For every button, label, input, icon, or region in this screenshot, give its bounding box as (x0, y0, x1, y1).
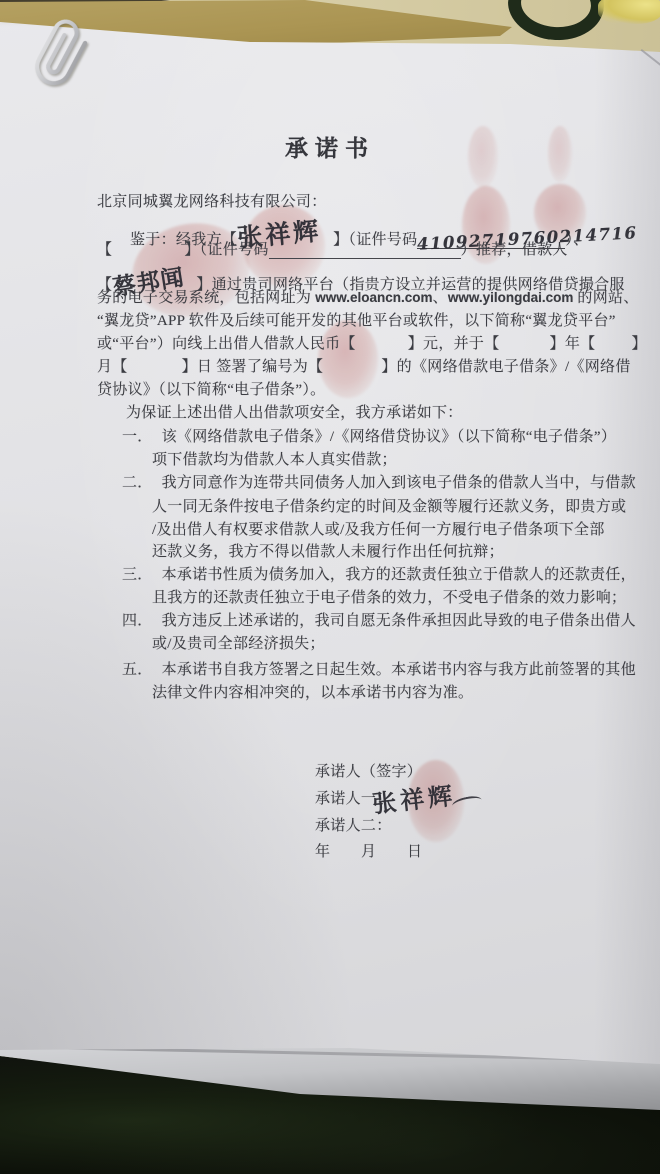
intro-line-urls: 务的电子交易系统，包括网址为 www.eloancn.com、www.yilon… (97, 286, 639, 307)
platform-url-yilongdai: www.yilongdai.com (448, 290, 574, 305)
intro-l5-b: 、 (433, 290, 448, 306)
pledge-intro-line: 为保证上述出借人出借款项安全，我方承诺如下： (126, 401, 463, 422)
clause-4-number: 四． (122, 613, 153, 629)
clause-3-text-1: 本承诺书性质为债务加入，我方的还款责任独立于借款人的还款责任， (162, 567, 636, 583)
signature-heading: 承诺人（签字） (315, 760, 422, 781)
clause-3-text-2: 且我方的还款责任独立于电子借条的效力，不受电子借条的效力影响； (152, 590, 626, 606)
intro-l7-d: 】 (631, 336, 646, 352)
intro-l5-c: 的网站、 (573, 290, 638, 306)
clause-2-text-2: 人一同无条件按电子借条约定的时间及金额等履行还款义务，即贵方或 (152, 499, 626, 515)
clause-4-text-2: 或/及贵司全部经济损失； (152, 636, 325, 652)
intro-line-guarantor2: 【】（证件号码）推荐，借款人 (97, 238, 568, 259)
pledge-intro-text: 为保证上述出借人出借款项安全，我方承诺如下： (126, 405, 463, 421)
clause-2-line-1: 二．我方同意作为连带共同债务人加入到该电子借条的借款人当中，与借款 (122, 471, 636, 492)
intro-line-end: 贷协议》（以下简称“电子借条”）。 (97, 378, 325, 399)
intro-l6-text: “翼龙贷”APP 软件及后续可能开发的其他平台或软件，以下简称“翼龙贷平台” (97, 313, 616, 329)
intro-l3-end: ）推荐，借款人 (461, 242, 568, 258)
clause-1-text-2: 项下借款均为借款人本人真实借款； (152, 452, 397, 468)
signature-heading-text: 承诺人（签字） (315, 764, 422, 780)
clause-2-line-3: /及出借人有权要求借款人或/及我方任何一方履行电子借条项下全部 (152, 518, 605, 539)
intro-l8-c: 】的《网络借款电子借条》/《网络借 (381, 359, 630, 375)
signature-line-2-label: 承诺人二： (315, 818, 392, 834)
clause-3-number: 三． (122, 567, 153, 583)
clause-1-number: 一． (122, 429, 153, 445)
dark-cable (506, 0, 607, 43)
clause-2-text-4: 还款义务，我方不得以借款人未履行作出任何抗辩； (152, 544, 504, 560)
clause-2-line-2: 人一同无条件按电子借条约定的时间及金额等履行还款义务，即贵方或 (152, 495, 626, 516)
platform-url-eloancn: www.eloancn.com (315, 290, 432, 305)
intro-line-amount: 或“平台”）向线上出借人借款人民币【】元，并于【】年【】 (97, 332, 647, 353)
clause-1-line-1: 一．该《网络借款电子借条》/《网络借贷协议》（以下简称“电子借条”） (122, 425, 616, 446)
guarantor2-id-underline (269, 241, 461, 259)
clause-5-line-2: 法律文件内容相冲突的，以本承诺书内容为准。 (152, 681, 473, 702)
clause-5-number: 五． (122, 662, 153, 678)
clause-3-line-2: 且我方的还款责任独立于电子借条的效力，不受电子借条的效力影响； (152, 586, 626, 607)
clause-2-line-4: 还款义务，我方不得以借款人未履行作出任何抗辩； (152, 540, 504, 561)
clause-1-line-2: 项下借款均为借款人本人真实借款； (152, 448, 397, 469)
intro-l3-pre: 【 (97, 242, 112, 258)
clause-2-number: 二． (122, 475, 153, 491)
intro-l7-c: 】年【 (550, 336, 596, 352)
paperclip-wire (26, 18, 94, 88)
clause-5-text-1: 本承诺书自我方签署之日起生效。本承诺书内容与我方此前签署的其他 (162, 662, 636, 678)
intro-l5-a: 务的电子交易系统，包括网址为 (97, 290, 315, 306)
yellow-object (598, 0, 660, 24)
intro-l8-a: 月【 (97, 359, 128, 375)
clause-5-text-2: 法律文件内容相冲突的，以本承诺书内容为准。 (152, 685, 473, 701)
clause-4-text-1: 我方违反上述承诺的，我司自愿无条件承担因此导致的电子借条出借人 (162, 613, 636, 629)
clause-2-text-1: 我方同意作为连带共同债务人加入到该电子借条的借款人当中，与借款 (162, 475, 636, 491)
salutation-text: 北京同城翼龙网络科技有限公司： (97, 194, 327, 210)
intro-l7-b: 】元，并于【 (408, 336, 500, 352)
clause-4-line-2: 或/及贵司全部经济损失； (152, 632, 325, 653)
clause-5-line-1: 五．本承诺书自我方签署之日起生效。本承诺书内容与我方此前签署的其他 (122, 658, 636, 679)
clause-3-line-1: 三．本承诺书性质为债务加入，我方的还款责任独立于借款人的还款责任， (122, 563, 636, 584)
date-line: 年 月 日 (315, 840, 430, 861)
photo-of-commitment-letter: 承诺书 北京同城翼龙网络科技有限公司： 鉴于：经我方【张祥辉】（证件号码4109… (0, 0, 660, 1174)
intro-l7-a: 或“平台”）向线上出借人借款人民币【 (97, 336, 356, 352)
clause-2-text-3: /及出借人有权要求借款人或/及我方任何一方履行电子借条项下全部 (152, 522, 605, 538)
intro-l9-text: 贷协议》（以下简称“电子借条”）。 (97, 382, 325, 398)
date-line-text: 年 月 日 (315, 844, 430, 860)
salutation-line: 北京同城翼龙网络科技有限公司： (97, 190, 327, 211)
intro-line-app: “翼龙贷”APP 软件及后续可能开发的其他平台或软件，以下简称“翼龙贷平台” (97, 309, 616, 330)
clause-1-text-1: 该《网络借款电子借条》/《网络借贷协议》（以下简称“电子借条”） (162, 429, 617, 445)
intro-line-date-number: 月【】日 签署了编号为【】的《网络借款电子借条》/《网络借 (97, 355, 631, 376)
intro-l3-mid: 】（证件号码 (184, 242, 268, 258)
clause-4-line-1: 四．我方违反上述承诺的，我司自愿无条件承担因此导致的电子借条出借人 (122, 609, 636, 630)
document-title: 承诺书 (0, 130, 660, 163)
intro-l8-b: 】日 签署了编号为【 (182, 359, 324, 375)
